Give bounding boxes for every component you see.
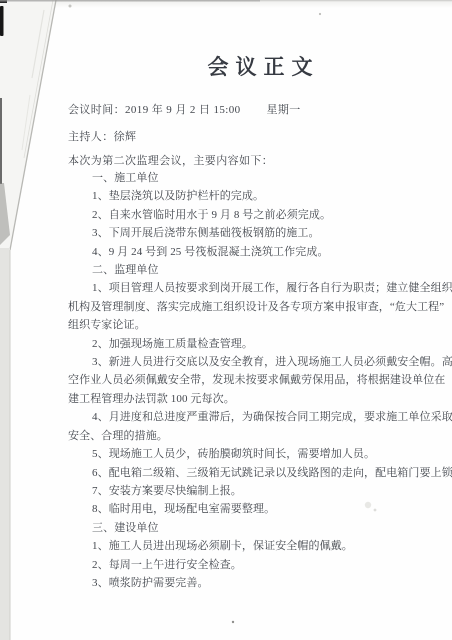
paper-streak [22,95,30,150]
document-line: 2、每周一上午进行安全检查。 [68,556,446,574]
document-line: 机构及管理制度、落实完成施工组织设计及各专项方案申报审查，“危大工程” [68,298,446,316]
document-line: 7、安装方案要尽快编制上报。 [68,482,446,500]
document-line: 2、自来水管临时用水于 9 月 8 号之前必须完成。 [68,206,446,224]
document-line: 5、现场施工人员少，砖胎膜砌筑时间长，需要增加人员。 [68,445,446,463]
document-line: 1、项目管理人员按要求到岗开展工作，履行各自行为职责；建立健全组织 [68,279,446,297]
document-line: 8、临时用电，现场配电室需要整理。 [68,500,446,518]
host-line: 主持人：徐辉 [68,130,136,144]
document-line: 4、9 月 24 号到 25 号筏板混凝土浇筑工作完成。 [68,243,446,261]
meeting-body: 一、施工单位1、垫层浇筑以及防护栏杆的完成。2、自来水管临时用水于 9 月 8 … [68,169,446,592]
document-line: 三、建设单位 [68,519,446,537]
edge-shadow-mark [0,183,10,245]
intro-line: 本次为第二次监理会议，主要内容如下： [68,154,273,168]
page-title: 会议正文 [74,51,446,81]
page-edge-highlight [24,0,53,158]
scanner-top-shading [0,0,452,8]
document-line: 二、监理单位 [68,261,446,279]
meeting-time-line: 会议时间：2019 年 9 月 2 日 15:00 星期一 [68,103,301,117]
paper-speck [232,621,234,623]
corner-mark [0,6,4,36]
document-line: 6、配电箱二级箱、三级箱无试跳记录以及线路图的走向，配电箱门要上锁。 [68,464,446,482]
document-line: 组织专家论证。 [68,316,446,334]
document-line: 3、新进人员进行交底以及安全教育，进入现场施工人员必须戴安全帽。高 [68,353,446,371]
document-line: 4、月进度和总进度严重滞后，为确保按合同工期完成，要求施工单位采取 [68,408,446,426]
paper-speck [319,13,321,15]
document-line: 3、喷浆防护需要完善。 [68,574,446,592]
document-line: 安全、合理的措施。 [68,427,446,445]
document-line: 1、垫层浇筑以及防护栏杆的完成。 [68,187,446,205]
document-line: 1、施工人员进出现场必须刷卡，保证安全帽的佩戴。 [68,537,446,555]
paper-streak [32,10,44,78]
document-line: 一、施工单位 [68,169,446,187]
scanned-document-page: 会议正文 会议时间：2019 年 9 月 2 日 15:00 星期一 主持人：徐… [0,0,452,640]
edge-shadow-mark [0,98,2,184]
page-edge-shadow [0,0,56,250]
document-line: 3、下周开展后浇带东侧基础筏板钢筋的施工。 [68,224,446,242]
document-line: 2、加强现场施工质量检查管理。 [68,335,446,353]
scanner-margin-strip [0,248,10,640]
document-line: 建工程管理办法罚款 100 元每次。 [68,390,446,408]
document-line: 空作业人员必须佩戴安全带，发现未按要求佩戴劳保用品，将根据建设单位在 [68,371,446,389]
page-edge-line [10,0,56,250]
